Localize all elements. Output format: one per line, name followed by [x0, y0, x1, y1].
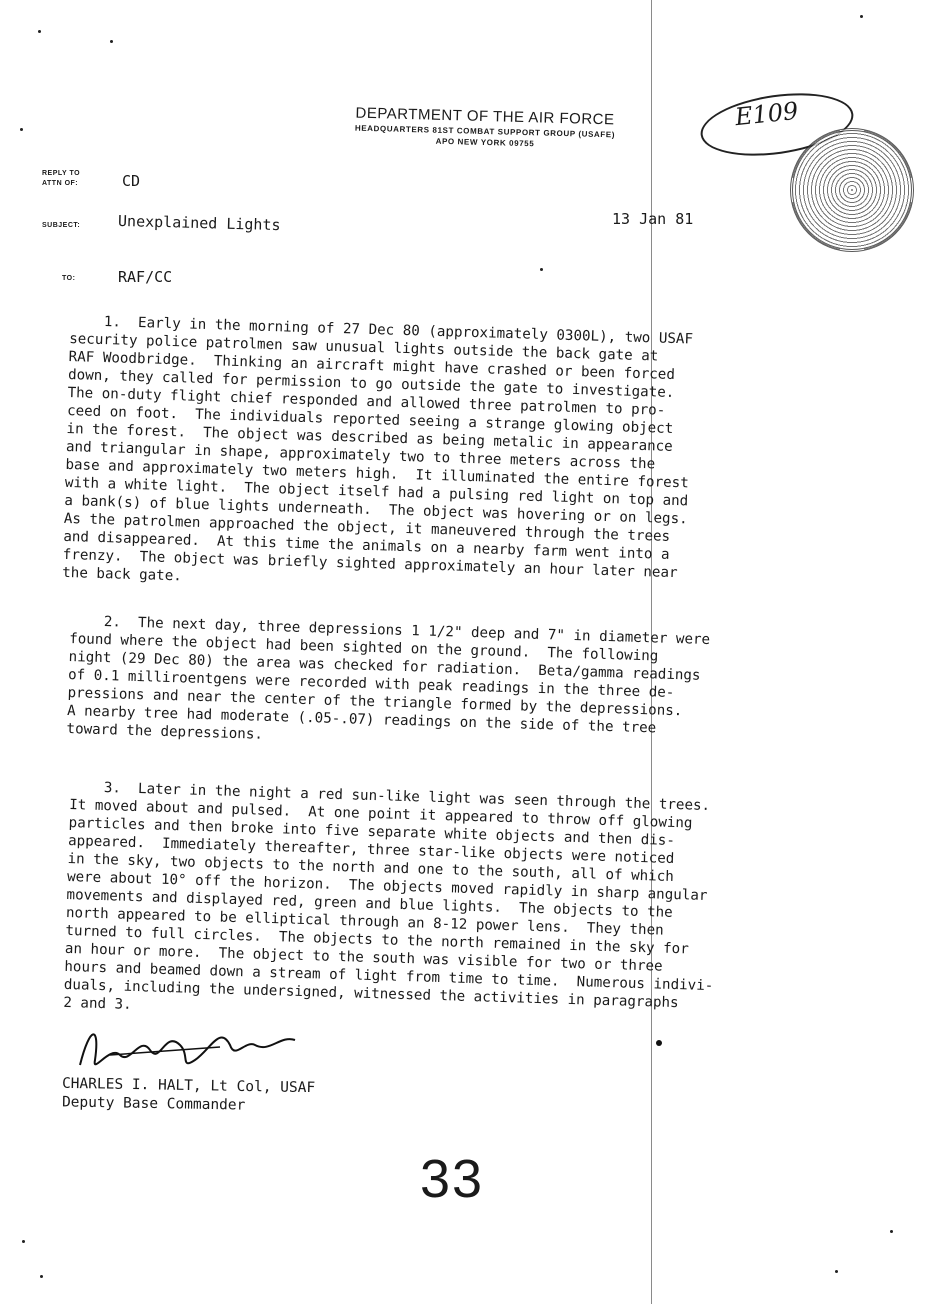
letterhead: DEPARTMENT OF THE AIR FORCE HEADQUARTERS… [320, 108, 650, 147]
to-value: RAF/CC [118, 268, 172, 286]
signer-name: CHARLES I. HALT, Lt Col, USAF [62, 1076, 315, 1096]
attn-label: ATTN OF: [42, 180, 78, 187]
subject-label: SUBJECT: [42, 222, 80, 229]
handwritten-signature-icon [70, 1015, 310, 1085]
scan-speck [540, 268, 543, 271]
scan-speck [110, 40, 113, 43]
signer-title: Deputy Base Commander [62, 1094, 246, 1113]
attn-value: CD [122, 172, 140, 190]
memo-date: 13 Jan 81 [612, 210, 693, 228]
scan-speck [835, 1270, 838, 1273]
margin-mark [656, 1040, 662, 1046]
subject-value: Unexplained Lights [118, 212, 281, 234]
scan-speck [40, 1275, 43, 1278]
scan-speck [22, 1240, 25, 1243]
scan-speck [20, 128, 23, 131]
handwritten-page-number: 33 [420, 1148, 484, 1210]
reply-to-label: REPLY TO [42, 170, 80, 177]
paragraph-2: 2. The next day, three depressions 1 1/2… [66, 612, 839, 761]
to-label: TO: [62, 275, 75, 282]
paragraph-1: 1. Early in the morning of 27 Dec 80 (ap… [62, 312, 840, 605]
paragraph-3: 3. Later in the night a red sun-like lig… [63, 778, 840, 1035]
scan-speck [890, 1230, 893, 1233]
department-seal-icon [790, 128, 914, 252]
scan-speck [860, 15, 863, 18]
scan-speck [38, 30, 41, 33]
